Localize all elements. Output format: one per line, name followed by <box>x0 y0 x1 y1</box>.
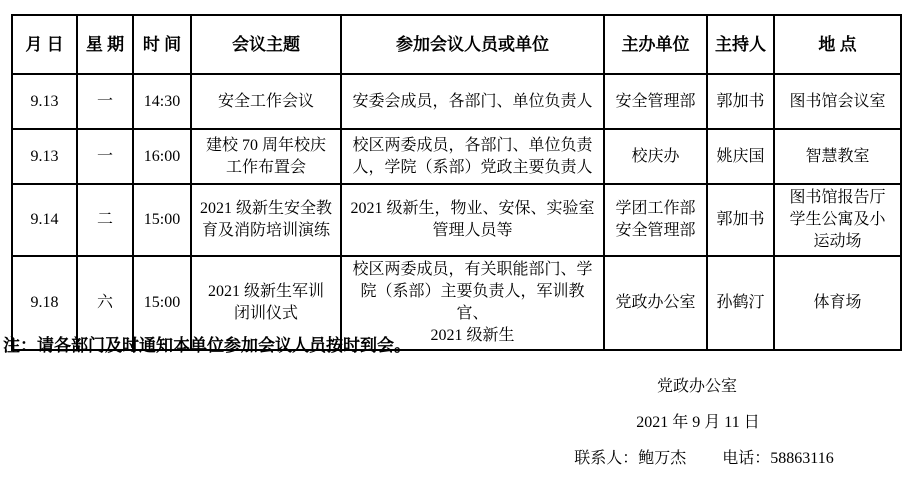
cell-location: 体育场 <box>774 256 901 350</box>
col-header-weekday: 星 期 <box>77 15 133 74</box>
table-header-row: 月 日 星 期 时 间 会议主题 参加会议人员或单位 主办单位 主持人 地 点 <box>12 15 901 74</box>
cell-participants: 校区两委成员，各部门、单位负责 人，学院（系部）党政主要负责人 <box>341 129 604 184</box>
note-text: 注：请各部门及时通知本单位参加会议人员按时到会。 <box>3 331 411 356</box>
contact-person: 联系人：鲍万杰 <box>574 450 686 467</box>
cell-date: 9.14 <box>12 184 77 256</box>
cell-topic: 安全工作会议 <box>191 74 341 129</box>
table-row: 9.14 二 15:00 2021 级新生安全教 育及消防培训演练 2021 级… <box>12 184 901 256</box>
cell-time: 15:00 <box>133 184 191 256</box>
cell-date: 9.13 <box>12 74 77 129</box>
col-header-topic: 会议主题 <box>191 15 341 74</box>
cell-location: 智慧教室 <box>774 129 901 184</box>
col-header-time: 时 间 <box>133 15 191 74</box>
cell-time: 14:30 <box>133 74 191 129</box>
cell-host: 姚庆国 <box>707 129 774 184</box>
cell-location: 图书馆会议室 <box>774 74 901 129</box>
cell-participants: 安委会成员，各部门、单位负责人 <box>341 74 604 129</box>
table-row: 9.13 一 16:00 建校 70 周年校庆 工作布置会 校区两委成员，各部门… <box>12 129 901 184</box>
cell-time: 16:00 <box>133 129 191 184</box>
contact-phone: 电话：58863116 <box>722 450 833 467</box>
cell-host: 孙鹤汀 <box>707 256 774 350</box>
cell-host: 郭加书 <box>707 184 774 256</box>
col-header-location: 地 点 <box>774 15 901 74</box>
cell-location: 图书馆报告厅 学生公寓及小 运动场 <box>774 184 901 256</box>
col-header-date: 月 日 <box>12 15 77 74</box>
cell-weekday: 一 <box>77 74 133 129</box>
cell-date: 9.13 <box>12 129 77 184</box>
table-row: 9.13 一 14:30 安全工作会议 安委会成员，各部门、单位负责人 安全管理… <box>12 74 901 129</box>
cell-weekday: 一 <box>77 129 133 184</box>
col-header-organizer: 主办单位 <box>604 15 707 74</box>
signature-contact-line: 联系人：鲍万杰 电话：58863116 <box>574 445 833 468</box>
signature-date: 2021 年 9 月 11 日 <box>636 409 759 432</box>
col-header-host: 主持人 <box>707 15 774 74</box>
cell-topic: 建校 70 周年校庆 工作布置会 <box>191 129 341 184</box>
cell-participants: 2021 级新生，物业、安保、实验室 管理人员等 <box>341 184 604 256</box>
cell-organizer: 学团工作部 安全管理部 <box>604 184 707 256</box>
meeting-schedule-table: 月 日 星 期 时 间 会议主题 参加会议人员或单位 主办单位 主持人 地 点 … <box>11 14 902 351</box>
cell-organizer: 校庆办 <box>604 129 707 184</box>
signature-department: 党政办公室 <box>657 373 737 396</box>
cell-organizer: 党政办公室 <box>604 256 707 350</box>
col-header-participants: 参加会议人员或单位 <box>341 15 604 74</box>
cell-organizer: 安全管理部 <box>604 74 707 129</box>
cell-weekday: 二 <box>77 184 133 256</box>
cell-topic: 2021 级新生安全教 育及消防培训演练 <box>191 184 341 256</box>
cell-host: 郭加书 <box>707 74 774 129</box>
